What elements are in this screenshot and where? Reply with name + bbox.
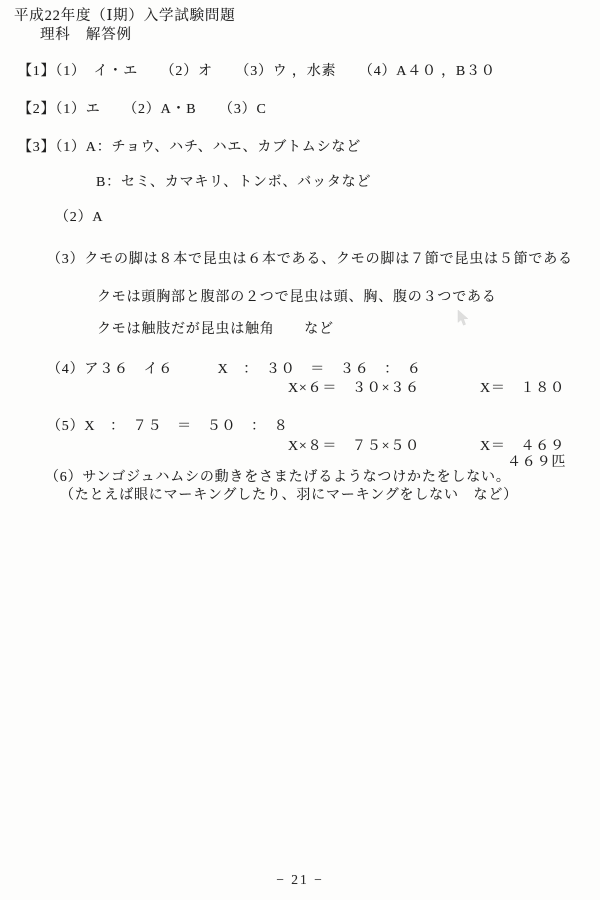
answer-line-q3-2: （2）A xyxy=(55,209,103,226)
answer-line-q3-1-a: 【3】（1）A：チョウ、ハチ、ハエ、カブトムシなど xyxy=(18,139,361,156)
answer-line-q3-4-result: X＝ １８０ xyxy=(480,380,565,397)
answer-line-q3-5-equation: （5）X ： ７５ ＝ ５０ ： ８ xyxy=(47,418,289,435)
mouse-cursor-icon xyxy=(457,310,470,327)
answer-line-q3-6-2: （たとえば眼にマーキングしたり、羽にマーキングをしない など） xyxy=(60,487,518,504)
answer-line-q3-4-work: X×６＝ ３０×３６ xyxy=(288,380,420,397)
scanned-exam-answer-page: 平成22年度（Ⅰ期）入学試験問題 理科 解答例 【1】（1） イ・エ （2）オ … xyxy=(0,0,600,900)
answer-line-q3-5-work: X×８＝ ７５×５０ xyxy=(288,438,420,455)
answer-line-q1: 【1】（1） イ・エ （2）オ （3）ウ ，水素 （4）A４０ ，B３０ xyxy=(18,63,496,80)
page-number: − 21 − xyxy=(0,871,600,888)
answer-line-q3-5-result: X＝ ４６９ xyxy=(480,438,565,455)
answer-line-q2: 【2】（1）エ （2）A・B （3）C xyxy=(18,101,267,118)
answer-line-q3-4-equation: （4）ア３６ イ６ X ： ３０ ＝ ３６ ： ６ xyxy=(47,361,422,378)
answer-line-q3-3-2: クモは頭胸部と腹部の２つで昆虫は頭、胸、腹の３つである xyxy=(97,289,497,306)
document-subtitle: 理科 解答例 xyxy=(40,27,132,44)
answer-line-q3-3-3: クモは触肢だが昆虫は触角 など xyxy=(97,321,334,338)
answer-line-q3-6-1: （6）サンゴジュハムシの動きをさまたげるようなつけかたをしない。 xyxy=(45,469,511,486)
answer-line-q3-3-1: （3）クモの脚は８本で昆虫は６本である、クモの脚は７節で昆虫は５節である xyxy=(47,251,573,268)
answer-line-q3-5-unit: ４６９匹 xyxy=(507,454,566,471)
answer-line-q3-1-b: B：セミ、カマキリ、トンボ、バッタなど xyxy=(96,174,371,191)
document-title: 平成22年度（Ⅰ期）入学試験問題 xyxy=(14,8,236,25)
